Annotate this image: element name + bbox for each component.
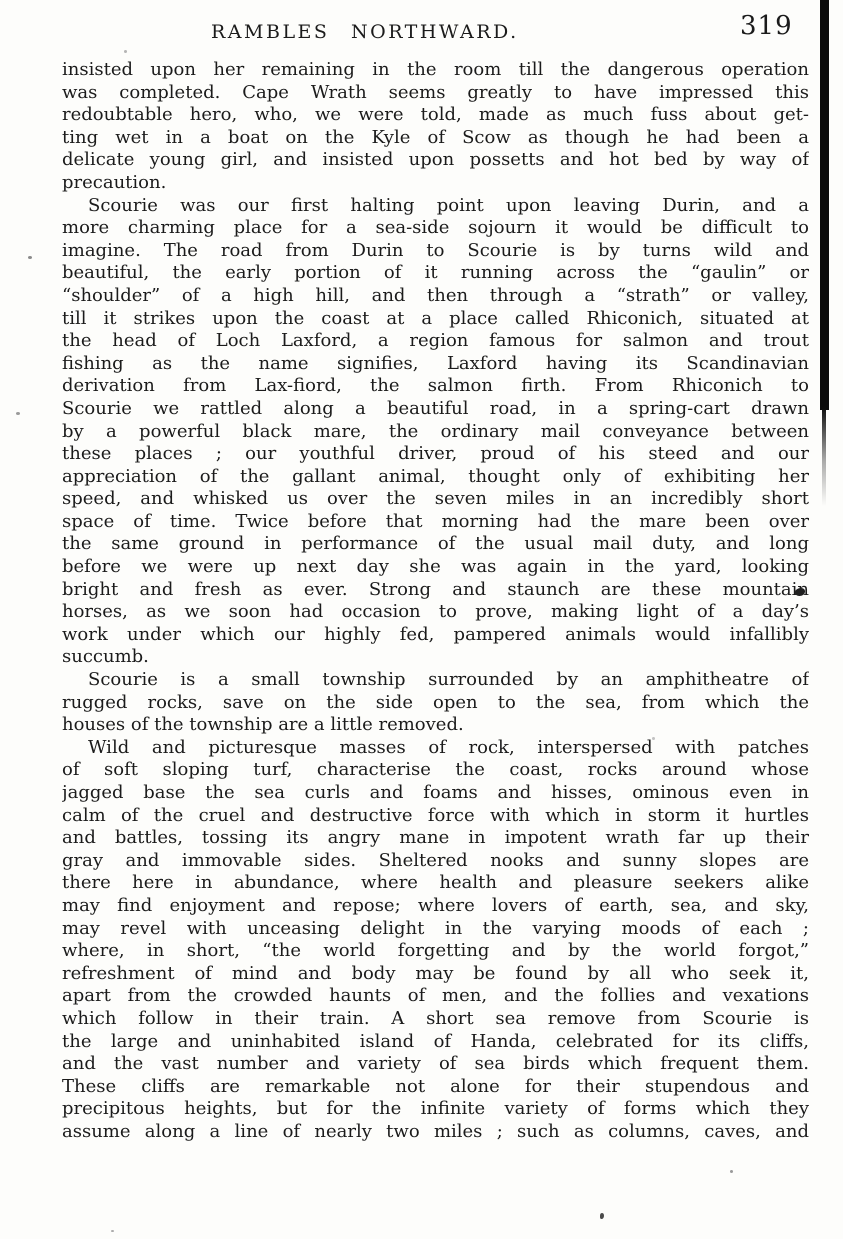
- body-text: insisted upon her remaining in the room …: [62, 59, 809, 1144]
- scan-edge-artifact-tail: [822, 406, 826, 506]
- running-header-title: RAMBLES NORTHWARD.: [211, 21, 519, 43]
- text-line: more charming place for a sea-side sojou…: [62, 217, 809, 240]
- text-line: “shoulder” of a high hill, and then thro…: [62, 285, 809, 308]
- text-line: Scourie is a small township surrounded b…: [62, 669, 809, 692]
- text-line: appreciation of the gallant animal, thou…: [62, 466, 809, 489]
- text-line: speed, and whisked us over the seven mil…: [62, 488, 809, 511]
- scan-speck: [730, 1170, 733, 1173]
- text-line: beautiful, the early portion of it runni…: [62, 262, 809, 285]
- text-line: imagine. The road from Durin to Scourie …: [62, 240, 809, 263]
- text-line: and the vast number and variety of sea b…: [62, 1053, 809, 1076]
- page-number: 319: [740, 11, 793, 41]
- text-line: was completed. Cape Wrath seems greatly …: [62, 82, 809, 105]
- text-line: precipitous heights, but for the infinit…: [62, 1098, 809, 1121]
- scan-speck: [652, 737, 655, 740]
- text-line: apart from the crowded haunts of men, an…: [62, 985, 809, 1008]
- text-line: which follow in their train. A short sea…: [62, 1008, 809, 1031]
- text-line: succumb.: [62, 646, 809, 669]
- scan-speck: [111, 1230, 114, 1232]
- scan-edge-artifact: [820, 0, 829, 410]
- paragraph: Wild and picturesque masses of rock, int…: [62, 737, 809, 1144]
- text-line: where, in short, “the world forgetting a…: [62, 940, 809, 963]
- paragraph: Scourie is a small township surrounded b…: [62, 669, 809, 737]
- paragraph: insisted upon her remaining in the room …: [62, 59, 809, 195]
- text-line: These cliffs are remarkable not alone fo…: [62, 1076, 809, 1099]
- text-line: Scourie was our first halting point upon…: [62, 195, 809, 218]
- text-line: redoubtable hero, who, we were told, mad…: [62, 104, 809, 127]
- text-line: and battles, tossing its angry mane in i…: [62, 827, 809, 850]
- scan-speck: [28, 256, 32, 259]
- scan-speck: [16, 412, 20, 415]
- text-line: jagged base the sea curls and foams and …: [62, 782, 809, 805]
- text-line: these places ; our youthful driver, prou…: [62, 443, 809, 466]
- text-line: ting wet in a boat on the Kyle of Scow a…: [62, 127, 809, 150]
- text-line: work under which our highly fed, pampere…: [62, 624, 809, 647]
- scan-speck: [124, 50, 127, 53]
- text-line: bright and fresh as ever. Strong and sta…: [62, 579, 809, 602]
- text-line: rugged rocks, save on the side open to t…: [62, 692, 809, 715]
- text-line: fishing as the name signifies, Laxford h…: [62, 353, 809, 376]
- text-line: delicate young girl, and insisted upon p…: [62, 149, 809, 172]
- text-line: Scourie we rattled along a beautiful roa…: [62, 398, 809, 421]
- text-line: refreshment of mind and body may be foun…: [62, 963, 809, 986]
- text-line: may revel with unceasing delight in the …: [62, 918, 809, 941]
- text-line: assume along a line of nearly two miles …: [62, 1121, 809, 1144]
- text-line: of soft sloping turf, characterise the c…: [62, 759, 809, 782]
- text-line: there here in abundance, where health an…: [62, 872, 809, 895]
- text-line: gray and immovable sides. Sheltered nook…: [62, 850, 809, 873]
- text-line: the same ground in performance of the us…: [62, 533, 809, 556]
- text-line: may find enjoyment and repose; where lov…: [62, 895, 809, 918]
- text-line: the large and uninhabited island of Hand…: [62, 1031, 809, 1054]
- text-line: by a powerful black mare, the ordinary m…: [62, 421, 809, 444]
- paragraph: Scourie was our first halting point upon…: [62, 195, 809, 669]
- text-line: calm of the cruel and destructive force …: [62, 805, 809, 828]
- book-page: RAMBLES NORTHWARD. 319 insisted upon her…: [0, 0, 843, 1239]
- text-line: insisted upon her remaining in the room …: [62, 59, 809, 82]
- text-line: before we were up next day she was again…: [62, 556, 809, 579]
- scan-speck: [600, 1213, 604, 1219]
- text-line: space of time. Twice before that morning…: [62, 511, 809, 534]
- text-line: horses, as we soon had occasion to prove…: [62, 601, 809, 624]
- text-line: Wild and picturesque masses of rock, int…: [62, 737, 809, 760]
- text-line: houses of the township are a little remo…: [62, 714, 809, 737]
- text-line: precaution.: [62, 172, 809, 195]
- text-line: derivation from Lax-fiord, the salmon fi…: [62, 375, 809, 398]
- text-line: the head of Loch Laxford, a region famou…: [62, 330, 809, 353]
- text-line: till it strikes upon the coast at a plac…: [62, 308, 809, 331]
